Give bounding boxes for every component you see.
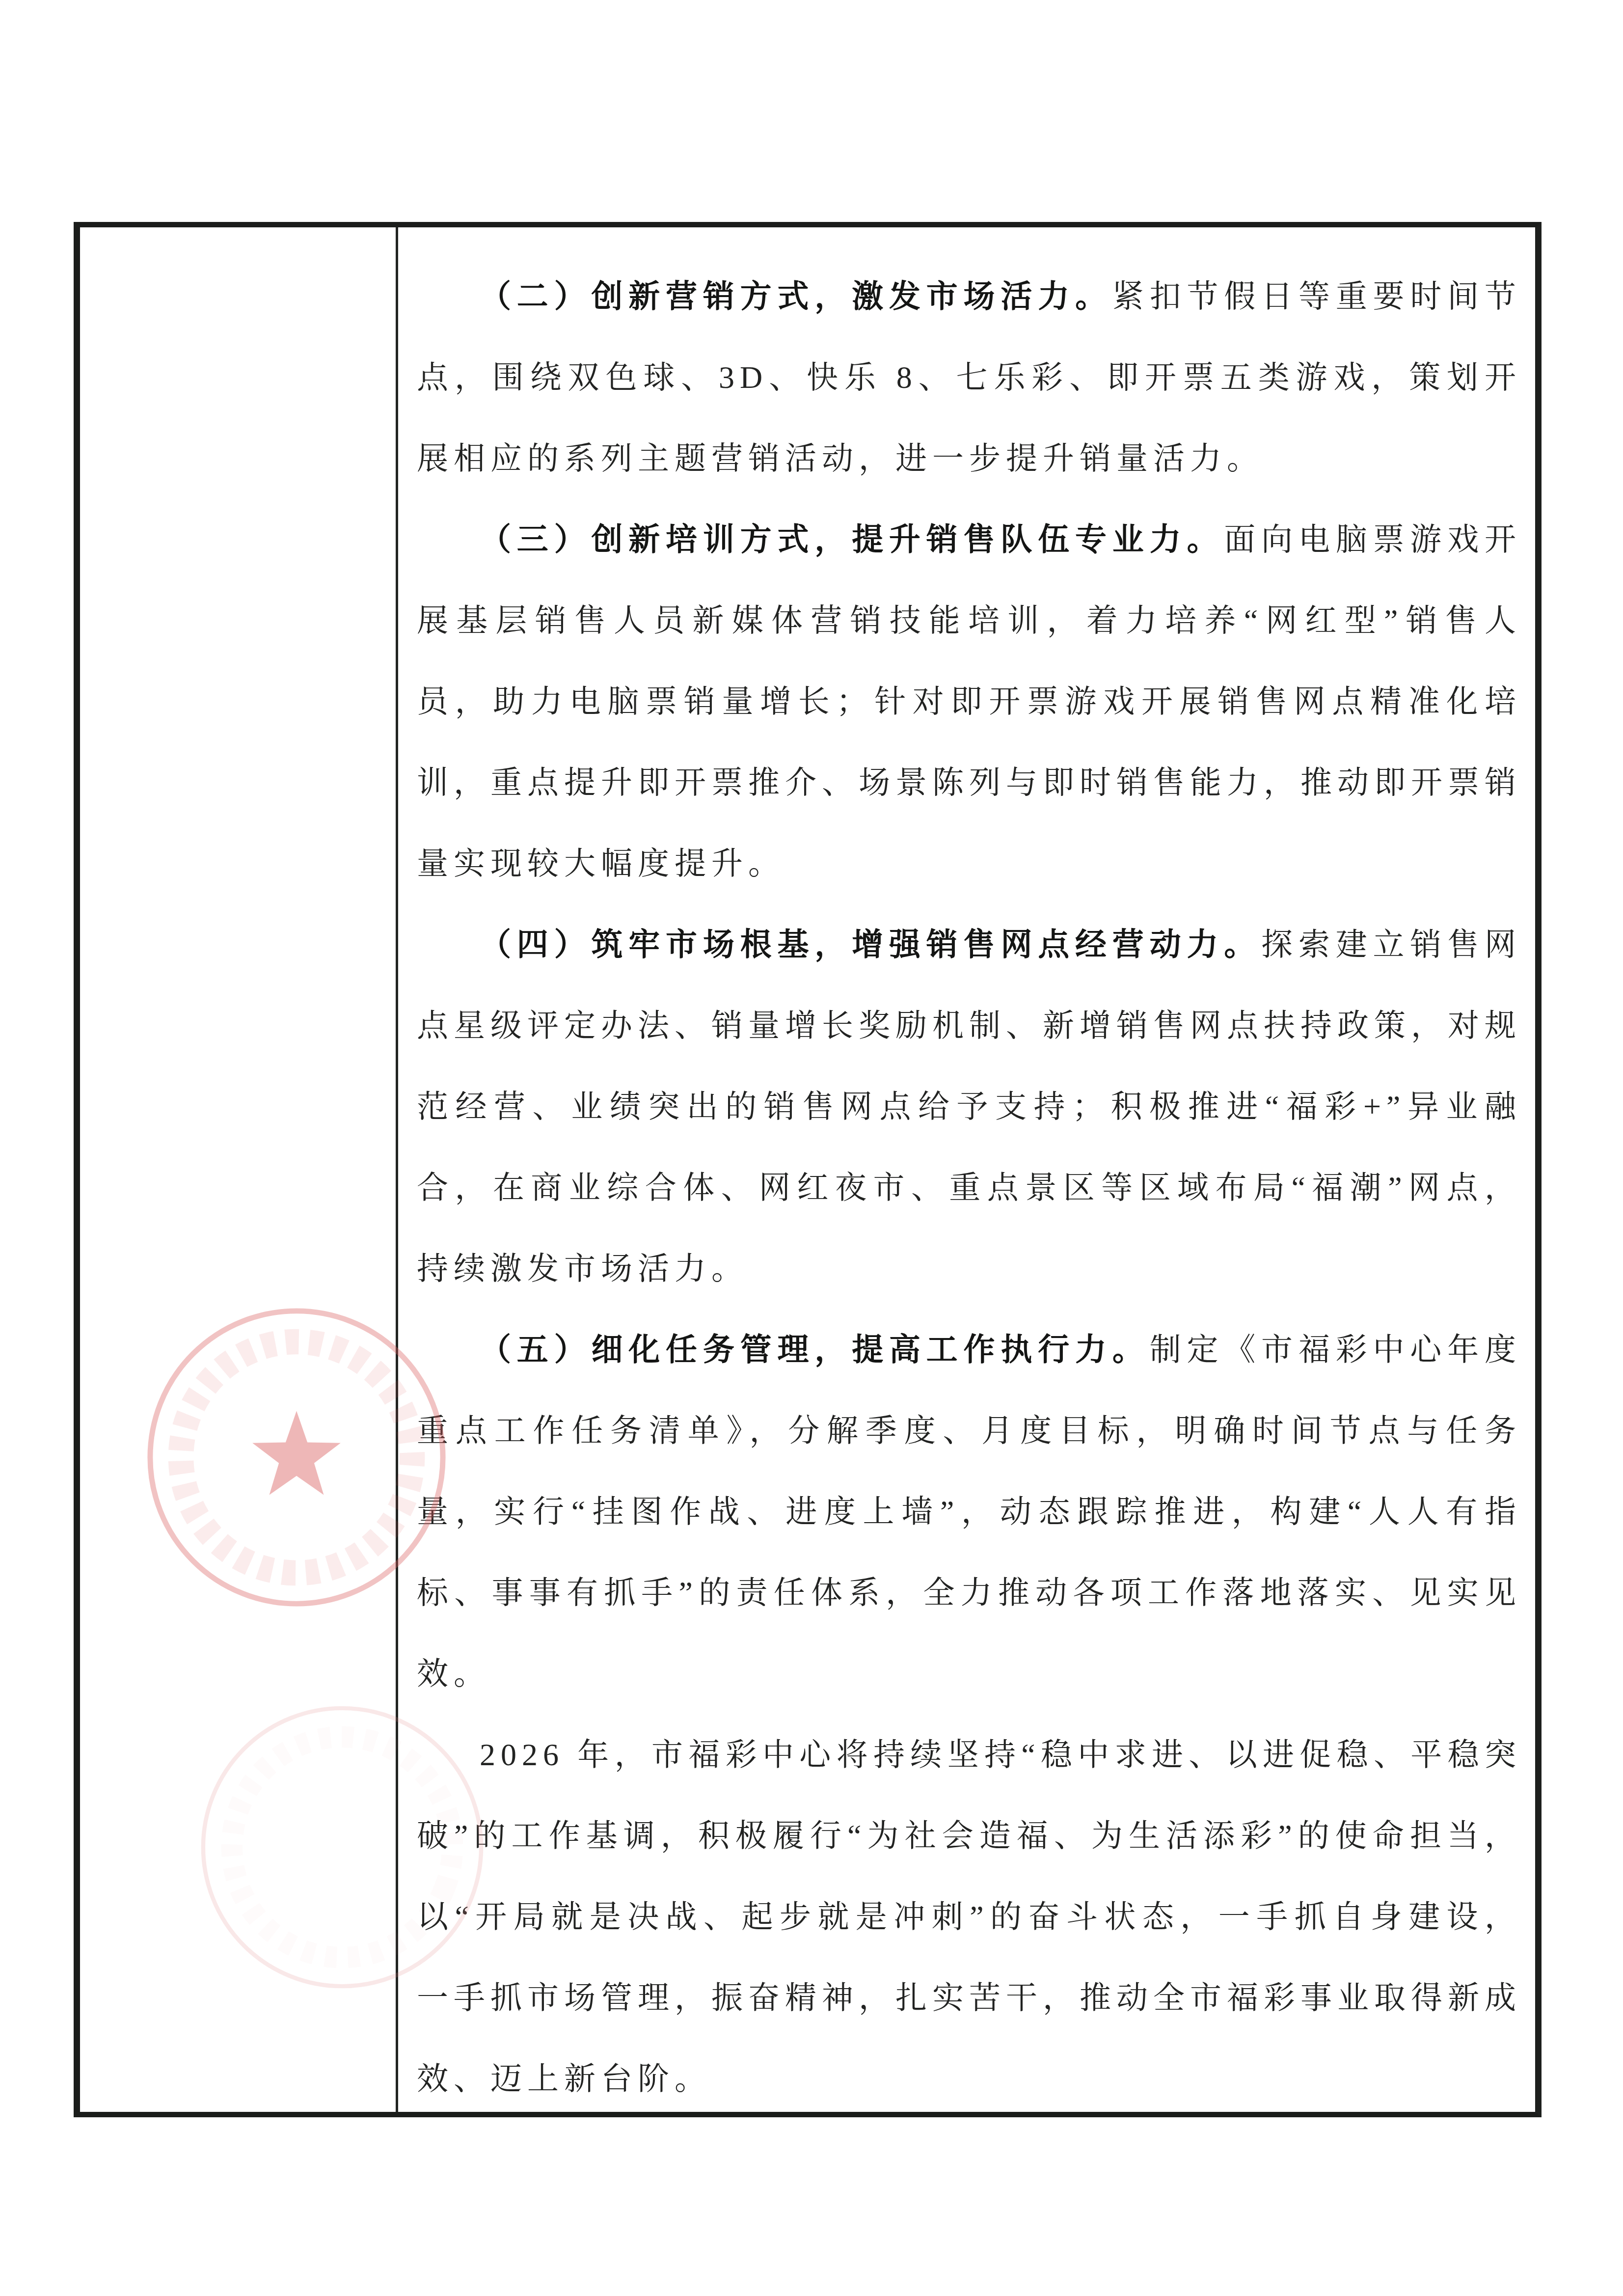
paragraph-section-5: （五）细化任务管理，提高工作执行力。制定《市福彩中心年度重点工作任务清单》，分解…	[417, 1309, 1521, 1714]
section-4-body: 探索建立销售网点星级评定办法、销量增长奖励机制、新增销售网点扶持政策，对规范经营…	[417, 927, 1521, 1286]
closing-body: 2026 年，市福彩中心将持续坚持“稳中求进、以进促稳、平稳突破”的工作基调，积…	[417, 1737, 1521, 2096]
section-4-heading: （四）筑牢市场根基，增强销售网点经营动力。	[480, 927, 1261, 962]
table-right-column: （二）创新营销方式，激发市场活力。紧扣节假日等重要时间节点，围绕双色球、3D、快…	[398, 227, 1535, 2112]
document-table: （二）创新营销方式，激发市场活力。紧扣节假日等重要时间节点，围绕双色球、3D、快…	[74, 222, 1542, 2117]
paragraph-section-4: （四）筑牢市场根基，增强销售网点经营动力。探索建立销售网点星级评定办法、销量增长…	[417, 904, 1521, 1309]
section-3-body: 面向电脑票游戏开展基层销售人员新媒体营销技能培训，着力培养“网红型”销售人员，助…	[417, 522, 1521, 881]
table-left-column-empty	[80, 227, 398, 2112]
section-2-heading: （二）创新营销方式，激发市场活力。	[480, 279, 1112, 314]
paragraph-section-3: （三）创新培训方式，提升销售队伍专业力。面向电脑票游戏开展基层销售人员新媒体营销…	[417, 499, 1521, 904]
section-5-body: 制定《市福彩中心年度重点工作任务清单》，分解季度、月度目标，明确时间节点与任务量…	[417, 1332, 1521, 1691]
section-3-heading: （三）创新培训方式，提升销售队伍专业力。	[480, 522, 1224, 557]
scanned-document-page: （二）创新营销方式，激发市场活力。紧扣节假日等重要时间节点，围绕双色球、3D、快…	[0, 0, 1623, 2296]
paragraph-closing: 2026 年，市福彩中心将持续坚持“稳中求进、以进促稳、平稳突破”的工作基调，积…	[417, 1714, 1521, 2119]
section-5-heading: （五）细化任务管理，提高工作执行力。	[480, 1332, 1150, 1367]
paragraph-section-2: （二）创新营销方式，激发市场活力。紧扣节假日等重要时间节点，围绕双色球、3D、快…	[417, 256, 1521, 499]
